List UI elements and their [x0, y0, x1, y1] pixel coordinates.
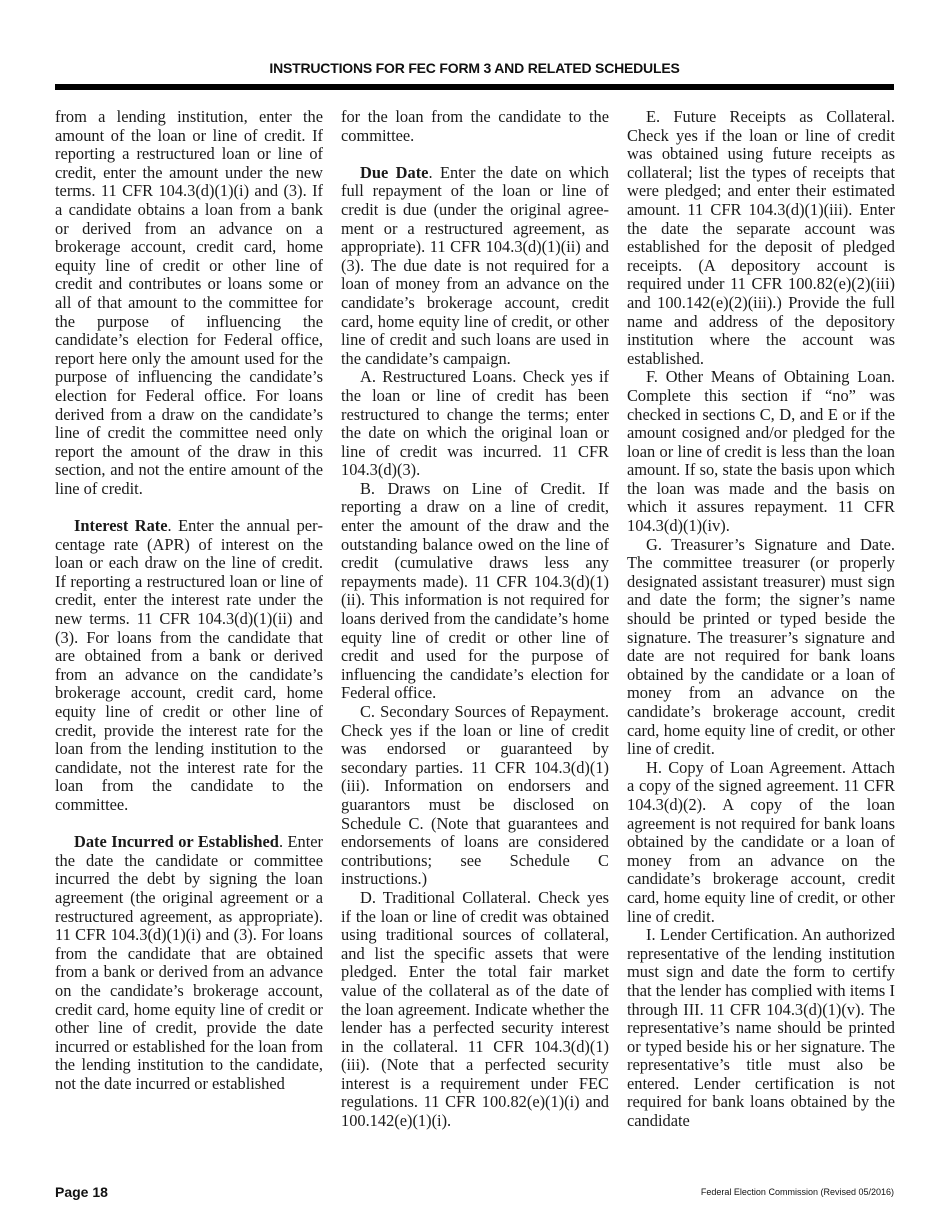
paragraph-due-date: Due Date. Enter the date on which full r…	[341, 164, 609, 369]
paragraph-lender-certification: I. Lender Certification. An autho­rized …	[627, 926, 895, 1131]
paragraph-draws-on-line-of-credit: B. Draws on Line of Credit. If reporting…	[341, 480, 609, 703]
paragraph-future-receipts: E. Future Receipts as Collateral. Check …	[627, 108, 895, 368]
paragraph-restructured-loans: A. Restructured Loans. Check yes if the …	[341, 368, 609, 480]
paragraph-traditional-collateral: D. Traditional Collateral. Check yes if …	[341, 889, 609, 1131]
text-column-1: from a lending institution, enter the am…	[55, 108, 323, 1093]
paragraph-text: I. Lender Certification. An autho­rized …	[627, 925, 895, 1130]
paragraph-text: . Enter the annual per­centage rate (APR…	[55, 516, 323, 814]
paragraph-text: G. Treasurer’s Signature and Date. The c…	[627, 535, 895, 759]
paragraph-date-incurred-continued: for the loan from the candidate to the c…	[341, 108, 609, 145]
footer-credit: Federal Election Commission (Revised 05/…	[701, 1187, 894, 1197]
paragraph-text: . Enter the date the candidate or commit…	[55, 832, 323, 1093]
paragraph-date-incurred: Date Incurred or Established. Enter the …	[55, 833, 323, 1093]
paragraph-text: E. Future Receipts as Collateral. Check …	[627, 107, 895, 368]
header-rule	[55, 84, 894, 90]
paragraph-text: . Enter the date on which full repayment…	[341, 163, 609, 368]
paragraph-text: C. Secondary Sources of Repay­ment. Chec…	[341, 702, 609, 888]
paragraph-heading: Interest Rate	[74, 516, 168, 535]
paragraph-other-means: F. Other Means of Obtaining Loan. Comple…	[627, 368, 895, 535]
paragraph-text: F. Other Means of Obtaining Loan. Comple…	[627, 367, 895, 535]
paragraph-copy-of-loan-agreement: H. Copy of Loan Agreement. Attach a copy…	[627, 759, 895, 926]
paragraph-text: for the loan from the candidate to the c…	[341, 107, 609, 145]
page-header-title: INSTRUCTIONS FOR FEC FORM 3 AND RELATED …	[55, 60, 894, 76]
paragraph-heading: Due Date	[360, 163, 428, 182]
paragraph-text: from a lending institution, enter the am…	[55, 107, 323, 498]
paragraph-interest-rate: Interest Rate. Enter the annual per­cent…	[55, 517, 323, 815]
text-column-2: for the loan from the candidate to the c…	[341, 108, 609, 1131]
paragraph-heading: Date Incurred or Established	[74, 832, 279, 851]
text-column-3: E. Future Receipts as Collateral. Check …	[627, 108, 895, 1131]
page-number: Page 18	[55, 1184, 108, 1200]
paragraph-secondary-sources: C. Secondary Sources of Repay­ment. Chec…	[341, 703, 609, 889]
paragraph-text: B. Draws on Line of Credit. If reporting…	[341, 479, 609, 703]
paragraph-text: A. Restructured Loans. Check yes if the …	[341, 367, 609, 479]
paragraph-text: D. Traditional Collateral. Check yes if …	[341, 888, 609, 1130]
paragraph-treasurer-signature: G. Treasurer’s Signature and Date. The c…	[627, 536, 895, 759]
paragraph-text: H. Copy of Loan Agreement. Attach a copy…	[627, 758, 895, 926]
paragraph-loan-amount-continued: from a lending institution, enter the am…	[55, 108, 323, 498]
